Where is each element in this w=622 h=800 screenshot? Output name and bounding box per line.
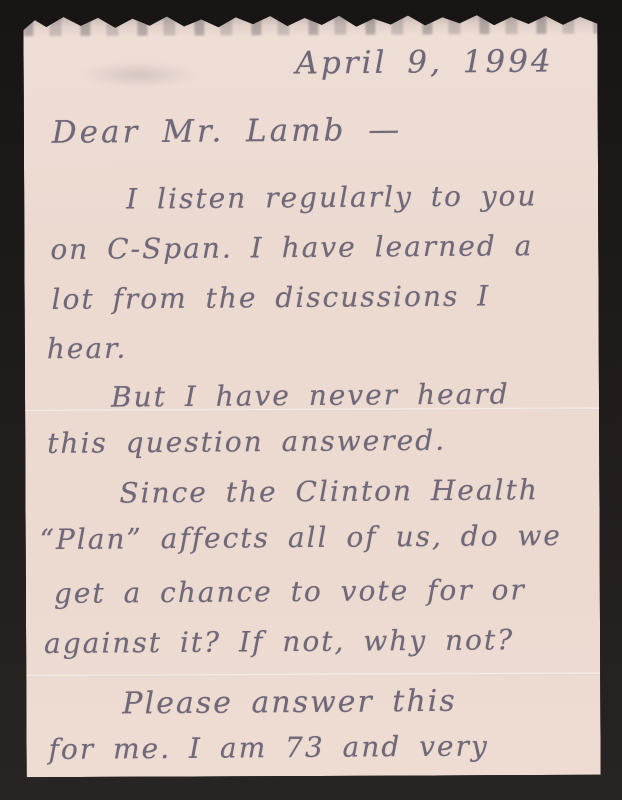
body-line: Please answer this	[122, 684, 457, 722]
body-line: I listen regularly to you	[126, 179, 538, 215]
body-line: get a chance to vote for or	[54, 573, 526, 610]
body-line: on C-Span. I have learned a	[50, 229, 533, 266]
body-line: against it? If not, why not?	[44, 623, 514, 660]
ink-smudge-decoration	[79, 61, 199, 88]
body-line: But I have never heard	[111, 377, 510, 413]
body-line: “Plan” affects all of us, do we	[40, 519, 563, 556]
date-line: April 9, 1994	[295, 43, 553, 81]
body-line: Since the Clinton Health	[119, 473, 539, 509]
letter-paper: April 9, 1994 Dear Mr. Lamb — I listen r…	[23, 12, 600, 777]
photo-background: April 9, 1994 Dear Mr. Lamb — I listen r…	[0, 0, 622, 800]
body-line: lot from the discussions I	[51, 279, 490, 315]
torn-edge	[23, 12, 597, 37]
body-line: for me. I am 73 and very	[48, 729, 488, 765]
fold-crease-lower	[26, 672, 600, 678]
salutation-line: Dear Mr. Lamb —	[52, 112, 403, 151]
body-line: this question answered.	[47, 424, 446, 460]
body-line: hear.	[47, 332, 128, 366]
